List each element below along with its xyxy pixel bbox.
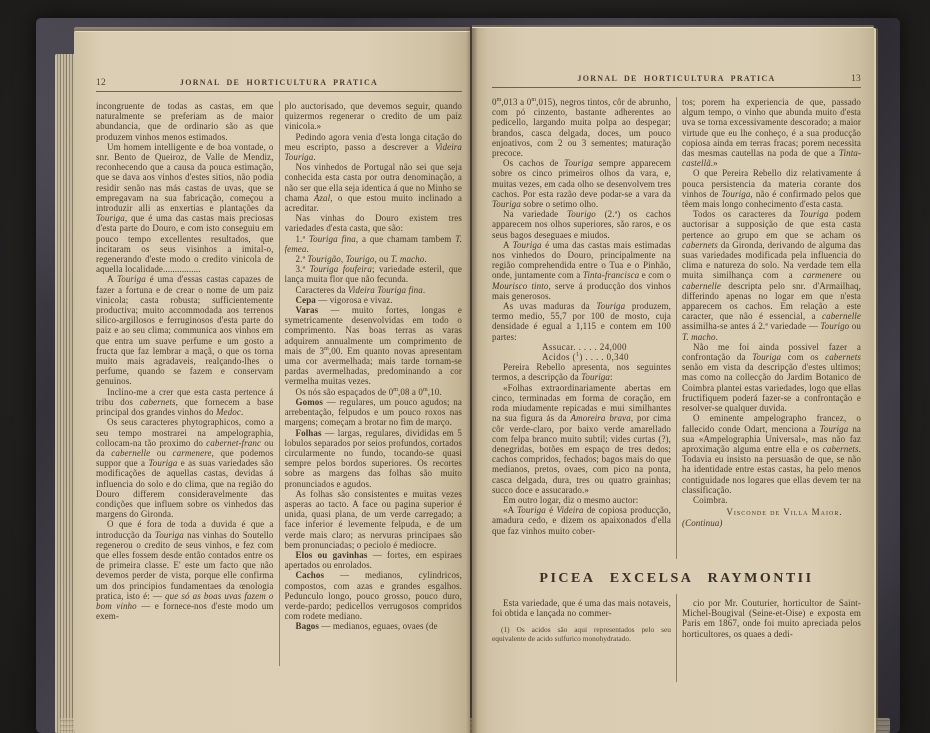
photo-background: 12 JORNAL DE HORTICULTURA PRATICA incong… bbox=[0, 0, 930, 733]
paragraph: O que Pereira Rebello diz relativamente … bbox=[682, 168, 861, 209]
column-divider bbox=[676, 594, 677, 682]
header-rule-left bbox=[96, 91, 462, 92]
column-divider bbox=[279, 101, 280, 666]
right-page-columns: 0m,013 a 0m,015), negros tintos, côr de … bbox=[492, 97, 861, 559]
paragraph: Visconde de Villa Maior. bbox=[682, 507, 861, 517]
paragraph: Inclino-me a crer que esta casta pertenc… bbox=[96, 387, 274, 418]
right-page-header: JORNAL DE HORTICULTURA PRATICA 13 bbox=[492, 74, 861, 84]
paragraph: A Touriga é uma das castas mais estimada… bbox=[492, 240, 671, 301]
paragraph: 3.ª Touriga foufeira; variedade esteril,… bbox=[285, 264, 463, 284]
paragraph: «A Touriga é Videira de copiosa producçã… bbox=[492, 505, 671, 536]
paragraph: Varas — muito fortes, longas e symetrica… bbox=[285, 305, 463, 387]
section-column-2: cio por Mr. Couturier, horticultor de Sa… bbox=[682, 594, 861, 682]
section-column-1: Esta variedade, que é uma das mais notav… bbox=[492, 594, 671, 682]
paragraph: 1.ª Touriga fina, a que chamam tambem T.… bbox=[285, 234, 463, 254]
paragraph: Assucar. . . . . 24,000 bbox=[492, 342, 671, 352]
page-edge-stack-left bbox=[55, 54, 74, 733]
paragraph: Pedindo agora venia d'esta longa citação… bbox=[285, 132, 463, 163]
paragraph: Na variedade Tourigo (2.ª) os cachos app… bbox=[492, 209, 671, 240]
page-number-left: 12 bbox=[96, 78, 140, 88]
paragraph: O eminente ampelographo francez, o falle… bbox=[682, 413, 861, 495]
paragraph: Em outro logar, diz o mesmo auctor: bbox=[492, 495, 671, 505]
paragraph: incongruente de todas as castas, em que … bbox=[96, 101, 274, 142]
left-page-columns: incongruente de todas as castas, em que … bbox=[96, 101, 462, 666]
paragraph: Caracteres da Videira Touriga fina. bbox=[285, 285, 463, 295]
paragraph: Coimbra. bbox=[682, 495, 861, 505]
section-columns: Esta variedade, que é uma das mais notav… bbox=[492, 594, 861, 682]
paragraph: Todos os caracteres da Touriga podem auc… bbox=[682, 209, 861, 342]
book-cover: 12 JORNAL DE HORTICULTURA PRATICA incong… bbox=[36, 18, 900, 733]
running-title-left: JORNAL DE HORTICULTURA PRATICA bbox=[140, 78, 418, 87]
paragraph: Folhas — largas, regulares, divididas em… bbox=[285, 428, 463, 489]
paragraph: Elos ou gavinhas — fortes, em espiraes a… bbox=[285, 550, 463, 570]
right-page-column-2: tos; porem ha experiencia de que, passad… bbox=[682, 97, 861, 559]
paragraph: (Continua) bbox=[682, 518, 861, 528]
paragraph: A Touriga é uma d'essas castas capazes d… bbox=[96, 274, 274, 386]
paragraph: Nas vinhas do Douro existem tres varieda… bbox=[285, 213, 463, 233]
paragraph: Bagos — medianos, eguaes, ovaes (de bbox=[285, 621, 463, 631]
paragraph: plo auctorisado, que devemos seguir, qua… bbox=[285, 101, 463, 132]
paragraph: tos; porem ha experiencia de que, passad… bbox=[682, 97, 861, 168]
paragraph: 2.ª Tourigão, Tourigo, ou T. macho. bbox=[285, 254, 463, 264]
paragraph: cio por Mr. Couturier, horticultor de Sa… bbox=[682, 598, 861, 639]
paragraph: Acidos (1) . . . . 0,340 bbox=[492, 352, 671, 362]
paragraph: Os seus caracteres phytographicos, como … bbox=[96, 417, 274, 519]
paragraph: Cachos — medianos, cylindricos, composto… bbox=[285, 570, 463, 621]
right-page: JORNAL DE HORTICULTURA PRATICA 13 0m,013… bbox=[472, 28, 874, 733]
paragraph: Não me foi ainda possivel fazer a confro… bbox=[682, 342, 861, 413]
header-rule-right bbox=[492, 87, 861, 88]
paragraph: 0m,013 a 0m,015), negros tintos, côr de … bbox=[492, 97, 671, 158]
paragraph: Esta variedade, que é uma das mais notav… bbox=[492, 598, 671, 618]
running-title-right: JORNAL DE HORTICULTURA PRATICA bbox=[536, 74, 817, 83]
left-page-column-1: incongruente de todas as castas, em que … bbox=[96, 101, 274, 666]
paragraph: Gomos — regulares, um pouco agudos; na a… bbox=[285, 397, 463, 428]
left-page-column-2: plo auctorisado, que devemos seguir, qua… bbox=[285, 101, 463, 666]
paragraph: O que é fora de toda a duvida é que a in… bbox=[96, 519, 274, 621]
paragraph: As uvas maduras da Touriga produzem, ter… bbox=[492, 301, 671, 342]
column-divider bbox=[676, 97, 677, 559]
left-page-header: 12 JORNAL DE HORTICULTURA PRATICA bbox=[96, 78, 462, 88]
paragraph: Nos vinhedos de Portugal não sei que sej… bbox=[285, 162, 463, 213]
paragraph: «Folhas extraordinariamente abertas em c… bbox=[492, 383, 671, 495]
paragraph: Os nós são espaçados de 0m,08 a 0m,10. bbox=[285, 387, 463, 397]
paragraph: Um homem intelligente e de boa vontade, … bbox=[96, 142, 274, 275]
right-page-column-1: 0m,013 a 0m,015), negros tintos, côr de … bbox=[492, 97, 671, 559]
paragraph: Pereira Rebello apresenta, nos seguintes… bbox=[492, 362, 671, 382]
paragraph: As folhas são consistentes e muitas veze… bbox=[285, 489, 463, 550]
paragraph: Cepa — vigorosa e vivaz. bbox=[285, 295, 463, 305]
section-title: PICEA EXCELSA RAYMONTII bbox=[492, 571, 861, 587]
footnote: (1) Os acidos são aqui representados pel… bbox=[492, 626, 671, 644]
paragraph: Os cachos de Touriga sempre apparecem so… bbox=[492, 158, 671, 209]
page-number-right: 13 bbox=[817, 74, 861, 84]
left-page: 12 JORNAL DE HORTICULTURA PRATICA incong… bbox=[74, 32, 470, 733]
